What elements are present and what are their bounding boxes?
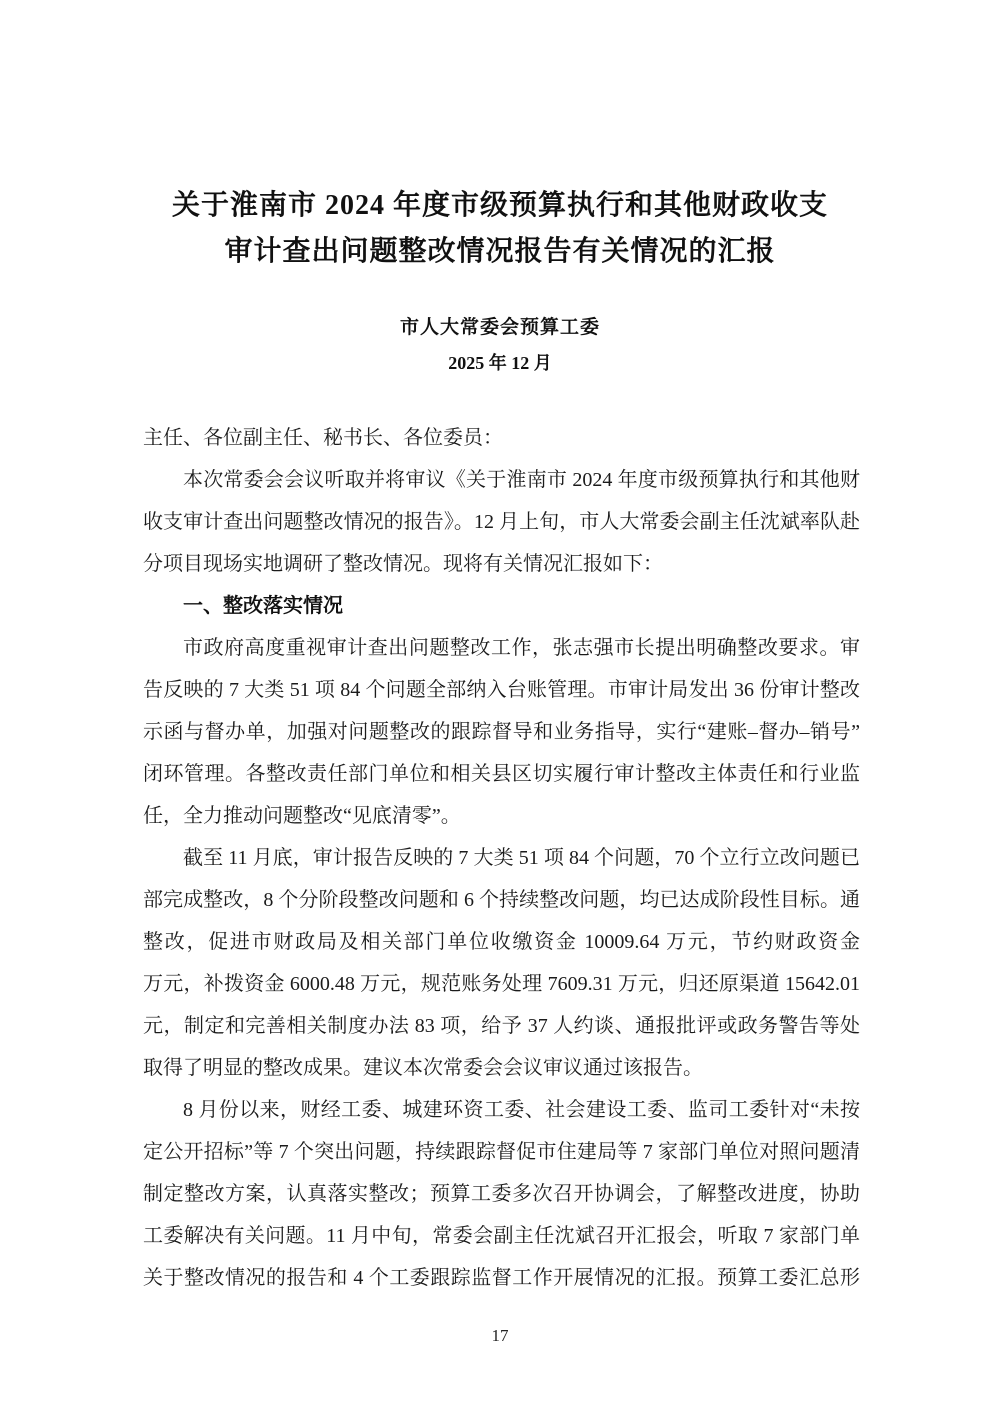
body-text-line: 整改，促进市财政局及相关部门单位收缴资金 10009.64 万元，节约财政资金 … <box>143 921 860 963</box>
byline-organization: 市人大常委会预算工委 <box>0 315 1000 341</box>
section-heading: 一、整改落实情况 <box>143 585 860 627</box>
body-text-line: 关于整改情况的报告和 4 个工委跟踪监督工作开展情况的汇报。预算工委汇总形成了 <box>143 1257 860 1299</box>
body-text-line: 分项目现场实地调研了整改情况。现将有关情况汇报如下： <box>143 543 860 585</box>
body-text-line: 告反映的 7 大类 51 项 84 个问题全部纳入台账管理。市审计局发出 36 … <box>143 669 860 711</box>
body-text-line: 元，制定和完善相关制度办法 83 项，给予 37 人约谈、通报批评或政务警告等处… <box>143 1005 860 1047</box>
page-number: 17 <box>0 1325 1000 1347</box>
document-title: 关于淮南市 2024 年度市级预算执行和其他财政收支 审计查出问题整改情况报告有… <box>0 183 1000 275</box>
body-text-line: 本次常委会会议听取并将审议《关于淮南市 2024 年度市级预算执行和其他财政 <box>143 459 860 501</box>
body-text-line: 市政府高度重视审计查出问题整改工作，张志强市长提出明确整改要求。审计报 <box>143 627 860 669</box>
body-text-line: 主任、各位副主任、秘书长、各位委员： <box>143 417 860 459</box>
body-text-line: 闭环管理。各整改责任部门单位和相关县区切实履行审计整改主体责任和行业监管责 <box>143 753 860 795</box>
body-text-line: 工委解决有关问题。11 月中旬，常委会副主任沈斌召开汇报会，听取 7 家部门单位 <box>143 1215 860 1257</box>
body-text-line: 任，全力推动问题整改“见底清零”。 <box>143 795 860 837</box>
byline-date: 2025 年 12 月 <box>0 351 1000 375</box>
body-text-line: 截至 11 月底，审计报告反映的 7 大类 51 项 84 个问题，70 个立行… <box>143 837 860 879</box>
body-text-line: 8 月份以来，财经工委、城建环资工委、社会建设工委、监司工委针对“未按规 <box>143 1089 860 1131</box>
document-title-line-1: 关于淮南市 2024 年度市级预算执行和其他财政收支 <box>0 183 1000 229</box>
document-page: 关于淮南市 2024 年度市级预算执行和其他财政收支 审计查出问题整改情况报告有… <box>0 0 1000 1415</box>
document-body: 主任、各位副主任、秘书长、各位委员：本次常委会会议听取并将审议《关于淮南市 20… <box>143 417 860 1299</box>
body-text-line: 取得了明显的整改成果。建议本次常委会会议审议通过该报告。 <box>143 1047 860 1089</box>
body-text-line: 收支审计查出问题整改情况的报告》。12 月上旬，市人大常委会副主任沈斌率队赴部 <box>143 501 860 543</box>
body-text-line: 部完成整改，8 个分阶段整改问题和 6 个持续整改问题，均已达成阶段性目标。通过 <box>143 879 860 921</box>
body-text-line: 万元，补拨资金 6000.48 万元，规范账务处理 7609.31 万元，归还原… <box>143 963 860 1005</box>
body-text-line: 制定整改方案，认真落实整改；预算工委多次召开协调会，了解整改进度，协助相关 <box>143 1173 860 1215</box>
body-text-line: 示函与督办单，加强对问题整改的跟踪督导和业务指导，实行“建账–督办–销号” <box>143 711 860 753</box>
document-title-line-2: 审计查出问题整改情况报告有关情况的汇报 <box>0 229 1000 275</box>
body-text-line: 定公开招标”等 7 个突出问题，持续跟踪督促市住建局等 7 家部门单位对照问题清… <box>143 1131 860 1173</box>
